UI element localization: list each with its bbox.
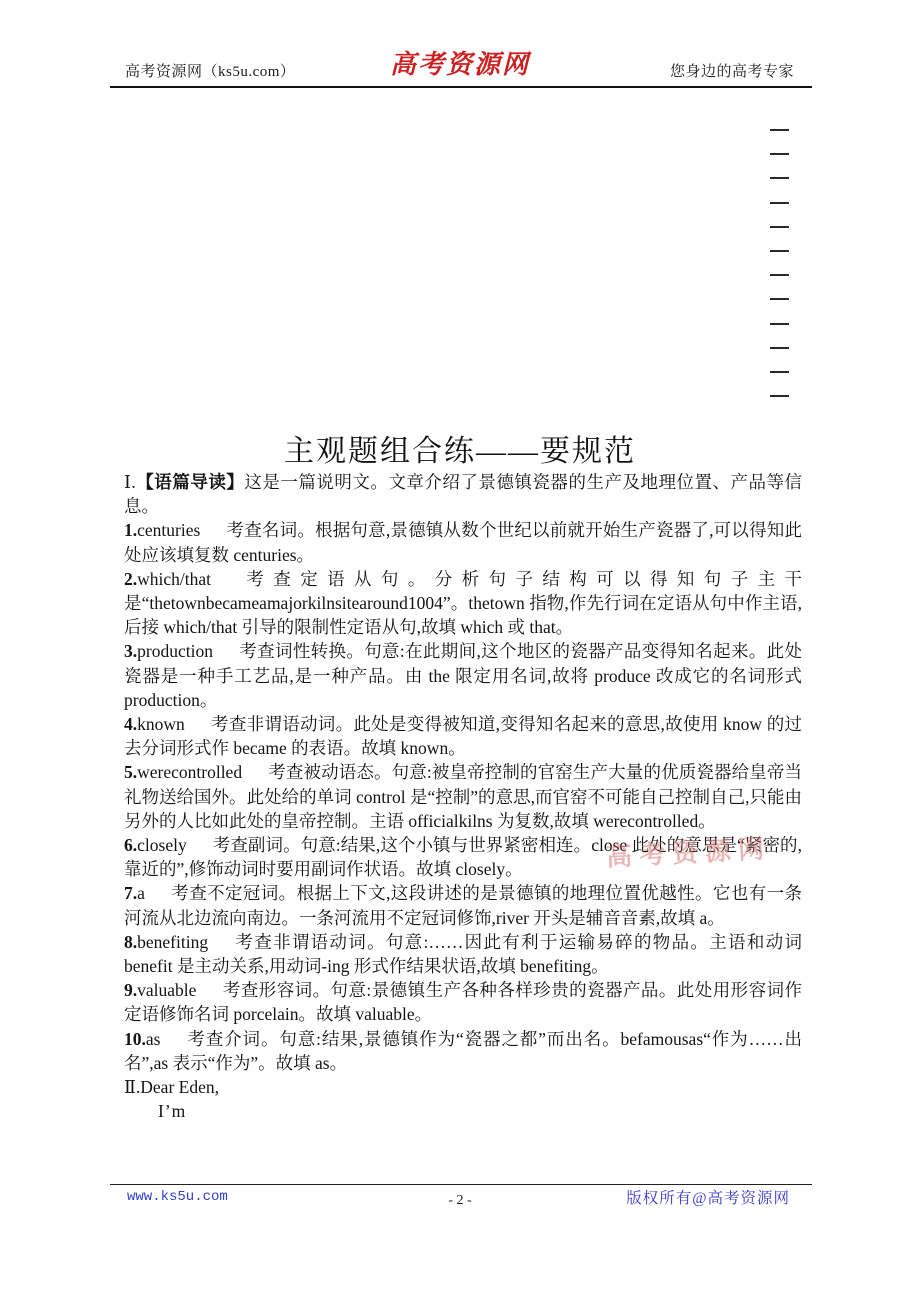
- page-title: 主观题组合练——要规范: [0, 426, 920, 470]
- answer-blank-line: [770, 371, 789, 373]
- item-answer: valuable: [137, 980, 196, 1000]
- item-answer: which/that: [137, 569, 211, 589]
- section2-numeral: Ⅱ.: [124, 1077, 140, 1097]
- item-answer: benefiting: [137, 932, 208, 952]
- item-explanation: 考查定语从句。分析句子结构可以得知句子主干是“thetownbecameamaj…: [124, 569, 802, 637]
- passage-guide: Ⅰ.【语篇导读】这是一篇说明文。文章介绍了景德镇瓷器的生产及地理位置、产品等信息…: [124, 470, 802, 518]
- answer-blank-line: [770, 129, 789, 131]
- letter-salutation: Dear Eden,: [140, 1077, 219, 1097]
- letter-opening: I’m: [124, 1099, 802, 1123]
- explanation-item: 4.known考查非谓语动词。此处是变得被知道,变得知名起来的意思,故使用 kn…: [124, 712, 802, 760]
- section2-heading: Ⅱ.Dear Eden,: [124, 1075, 802, 1099]
- item-number: 2.: [124, 569, 137, 589]
- item-explanation: 考查名词。根据句意,景德镇从数个世纪以前就开始生产瓷器了,可以得知此处应该填复数…: [124, 520, 802, 564]
- item-answer: closely: [137, 835, 187, 855]
- answer-blank-line: [770, 395, 789, 397]
- footer-divider: [110, 1184, 812, 1185]
- answer-blank-line: [770, 202, 789, 204]
- explanation-item: 9.valuable考查形容词。句意:景德镇生产各种各样珍贵的瓷器产品。此处用形…: [124, 978, 802, 1026]
- answer-blank-line: [770, 250, 789, 252]
- passage-guide-label: 【语篇导读】: [136, 472, 245, 492]
- header-divider: [110, 86, 812, 88]
- item-explanation: 考查非谓语动词。此处是变得被知道,变得知名起来的意思,故使用 know 的过去分…: [124, 714, 802, 758]
- footer-copyright: 版权所有@高考资源网: [626, 1186, 790, 1208]
- item-explanation: 考查不定冠词。根据上下文,这段讲述的是景德镇的地理位置优越性。它也有一条河流从北…: [124, 883, 802, 927]
- item-answer: a: [137, 883, 145, 903]
- explanation-item: 2.which/that考查定语从句。分析句子结构可以得知句子主干是“theto…: [124, 567, 802, 640]
- content-area: Ⅰ.【语篇导读】这是一篇说明文。文章介绍了景德镇瓷器的生产及地理位置、产品等信息…: [124, 470, 802, 1123]
- item-number: 1.: [124, 520, 137, 540]
- item-number: 4.: [124, 714, 137, 734]
- section1-numeral: Ⅰ.: [124, 472, 136, 492]
- answer-blank-line: [770, 347, 789, 349]
- header-tagline: 您身边的高考专家: [670, 60, 794, 81]
- answer-blank-column: [770, 129, 789, 419]
- item-number: 3.: [124, 641, 137, 661]
- explanation-item: 6.closely考查副词。句意:结果,这个小镇与世界紧密相连。close 此处…: [124, 833, 802, 881]
- explanation-item: 5.werecontrolled考查被动语态。句意:被皇帝控制的官窑生产大量的优…: [124, 760, 802, 833]
- explanation-item: 8.benefiting考查非谓语动词。句意:……因此有利于运输易碎的物品。主语…: [124, 930, 802, 978]
- item-explanation: 考查副词。句意:结果,这个小镇与世界紧密相连。close 此处的意思是“紧密的,…: [124, 835, 802, 879]
- answer-blank-line: [770, 323, 789, 325]
- item-number: 9.: [124, 980, 137, 1000]
- answer-blank-line: [770, 226, 789, 228]
- item-explanation: 考查介词。句意:结果,景德镇作为“瓷器之都”而出名。befamousas“作为……: [124, 1029, 802, 1073]
- item-explanation: 考查非谓语动词。句意:……因此有利于运输易碎的物品。主语和动词 benefit …: [124, 932, 802, 976]
- answer-blank-line: [770, 298, 789, 300]
- item-number: 5.: [124, 762, 137, 782]
- item-number: 7.: [124, 883, 137, 903]
- item-answer: werecontrolled: [137, 762, 242, 782]
- answer-blank-line: [770, 177, 789, 179]
- document-page: 高考资源网（ks5u.com） 高考资源网 您身边的高考专家 主观题组合练——要…: [0, 0, 920, 1302]
- item-answer: as: [146, 1029, 161, 1049]
- explanation-item: 10.as考查介词。句意:结果,景德镇作为“瓷器之都”而出名。befamousa…: [124, 1027, 802, 1075]
- explanation-list: 1.centuries考查名词。根据句意,景德镇从数个世纪以前就开始生产瓷器了,…: [124, 518, 802, 1075]
- item-explanation: 考查词性转换。句意:在此期间,这个地区的瓷器产品变得知名起来。此处瓷器是一种手工…: [124, 641, 802, 709]
- item-number: 8.: [124, 932, 137, 952]
- item-answer: centuries: [137, 520, 200, 540]
- item-explanation: 考查形容词。句意:景德镇生产各种各样珍贵的瓷器产品。此处用形容词作定语修饰名词 …: [124, 980, 802, 1024]
- answer-blank-line: [770, 153, 789, 155]
- explanation-item: 7.a考查不定冠词。根据上下文,这段讲述的是景德镇的地理位置优越性。它也有一条河…: [124, 881, 802, 929]
- item-answer: production: [137, 641, 213, 661]
- explanation-item: 1.centuries考查名词。根据句意,景德镇从数个世纪以前就开始生产瓷器了,…: [124, 518, 802, 566]
- explanation-item: 3.production考查词性转换。句意:在此期间,这个地区的瓷器产品变得知名…: [124, 639, 802, 712]
- item-number: 6.: [124, 835, 137, 855]
- item-number: 10.: [124, 1029, 146, 1049]
- answer-blank-line: [770, 274, 789, 276]
- item-answer: known: [137, 714, 185, 734]
